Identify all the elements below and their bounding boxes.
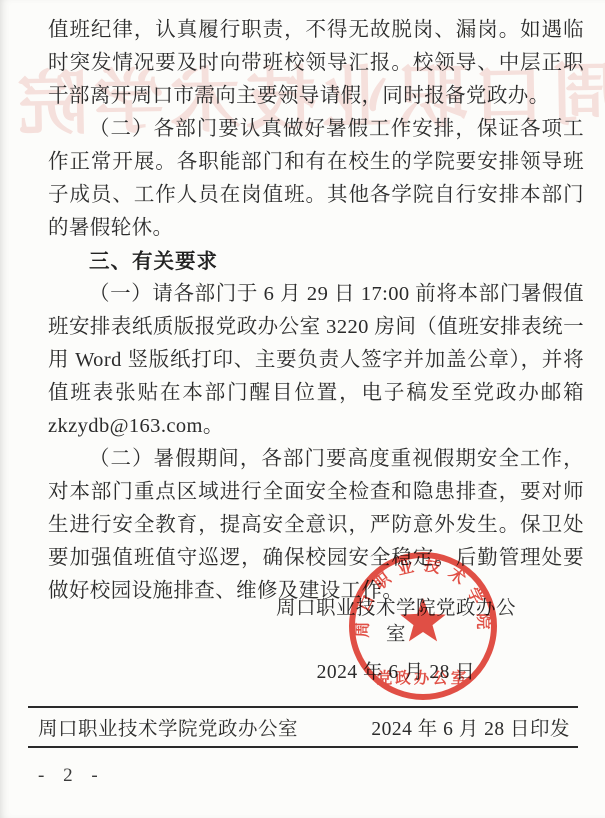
- paragraph-duty-discipline: 值班纪律，认真履行职责，不得无故脱岗、漏岗。如遇临时突发情况要及时向带班校领导汇…: [48, 14, 584, 113]
- signature-organization: 周口职业技术学院党政办公室: [272, 596, 520, 648]
- document-body: 值班纪律，认真履行职责，不得无故脱岗、漏岗。如遇临时突发情况要及时向带班校领导汇…: [48, 14, 584, 608]
- section-heading-requirements: 三、有关要求: [48, 245, 584, 278]
- paragraph-safety-requirements: （二）暑假期间，各部门要高度重视假期安全工作，对本部门重点区域进行全面安全检查和…: [48, 443, 584, 608]
- footer: 周口职业技术学院党政办公室 2024 年 6 月 28 日印发: [28, 706, 578, 748]
- footer-row: 周口职业技术学院党政办公室 2024 年 6 月 28 日印发: [28, 708, 578, 746]
- document-page: 周口职业技术学院 值班纪律，认真履行职责，不得无故脱岗、漏岗。如遇临时突发情况要…: [0, 0, 605, 818]
- signature-date: 2024 年 6 月 28 日: [272, 661, 520, 685]
- page-number: - 2 -: [38, 765, 105, 787]
- footer-bottom-rule: [28, 746, 578, 748]
- footer-print-date: 2024 年 6 月 28 日印发: [371, 713, 570, 741]
- signature-block: 周口职业技术学院党政办公室 2024 年 6 月 28 日: [272, 596, 520, 685]
- paragraph-schedule-submission: （一）请各部门于 6 月 29 日 17:00 前将本部门暑假值班安排表纸质版报…: [48, 278, 584, 443]
- paragraph-work-arrangement: （二）各部门要认真做好暑假工作安排，保证各项工作正常开展。各职能部门和有在校生的…: [48, 113, 584, 245]
- footer-issuing-office: 周口职业技术学院党政办公室: [38, 713, 298, 741]
